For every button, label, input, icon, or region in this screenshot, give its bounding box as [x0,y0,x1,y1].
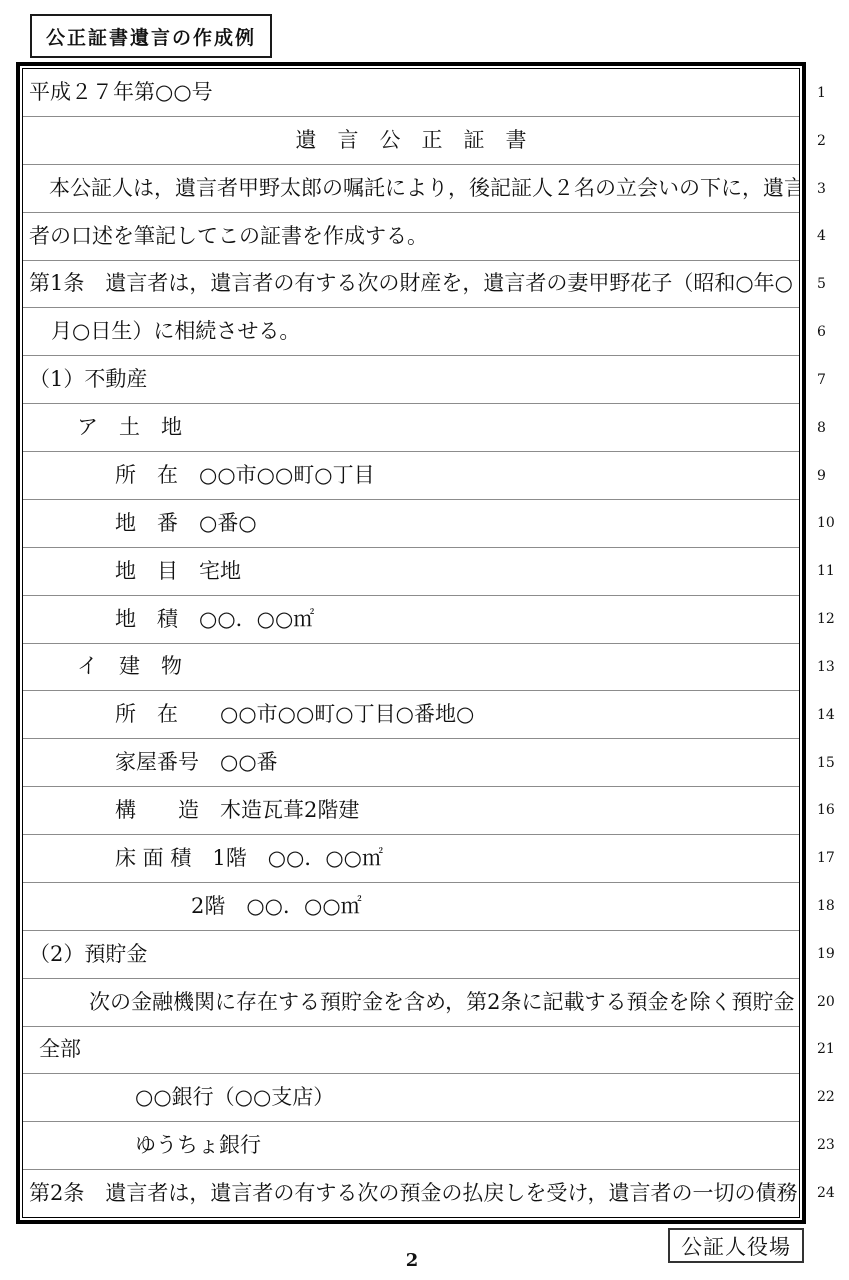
document-line: ○○銀行（○○支店） [23,1074,799,1122]
document-line: 本公証人は，遺言者甲野太郎の嘱託により，後記証人２名の立会いの下に，遺言 [23,165,799,213]
document-line-text: 家屋番号 ○○番 [115,752,278,773]
document-line-text: 本公証人は，遺言者甲野太郎の嘱託により，後記証人２名の立会いの下に，遺言 [49,178,799,199]
document-line-text: 2階 ○○．○○㎡ [191,896,362,917]
line-number: 6 [817,308,847,356]
will-document-frame: 平成２７年第○○号遺 言 公 正 証 書本公証人は，遺言者甲野太郎の嘱託により，… [16,62,806,1224]
document-line: 所 在 ○○市○○町○丁目○番地○ [23,691,799,739]
document-line-text: イ 建 物 [77,656,182,677]
document-line: 者の口述を筆記してこの証書を作成する。 [23,213,799,261]
document-line-text: 第1条 遺言者は，遺言者の有する次の財産を，遺言者の妻甲野花子（昭和○年○ [29,273,793,294]
document-line-text: 地 目 宅地 [115,561,241,582]
line-number: 10 [817,499,847,547]
line-number: 9 [817,452,847,500]
document-line: 地 番 ○番○ [23,500,799,548]
document-line: 第1条 遺言者は，遺言者の有する次の財産を，遺言者の妻甲野花子（昭和○年○ [23,261,799,309]
document-line-text: 地 積 ○○．○○㎡ [115,609,314,630]
line-number: 22 [817,1073,847,1121]
document-line: イ 建 物 [23,644,799,692]
line-number: 1 [817,69,847,117]
document-line: 月○日生）に相続させる。 [23,308,799,356]
line-number: 20 [817,978,847,1026]
document-line: （1）不動産 [23,356,799,404]
line-number: 14 [817,691,847,739]
document-line-text: （1）不動産 [29,369,147,390]
page-number: 2 [0,1250,824,1271]
document-line-text: 所 在 ○○市○○町○丁目 [115,465,375,486]
line-number: 19 [817,930,847,978]
document-line-text: 全部 [39,1039,81,1060]
line-number: 8 [817,404,847,452]
document-line: 第2条 遺言者は，遺言者の有する次の預金の払戻しを受け，遺言者の一切の債務 [23,1170,799,1217]
document-line-text: 第2条 遺言者は，遺言者の有する次の預金の払戻しを受け，遺言者の一切の債務 [29,1183,798,1204]
document-line: 平成２７年第○○号 [23,69,799,117]
line-number: 23 [817,1121,847,1169]
document-line: 地 目 宅地 [23,548,799,596]
document-line: 遺 言 公 正 証 書 [23,117,799,165]
document-line-text: 者の口述を筆記してこの証書を作成する。 [29,226,428,247]
document-line-text: 構 造 木造瓦葺2階建 [115,800,359,821]
line-number: 3 [817,165,847,213]
line-number: 5 [817,260,847,308]
document-line-text: （2）預貯金 [29,944,147,965]
line-number: 21 [817,1026,847,1074]
line-number: 12 [817,595,847,643]
line-number: 13 [817,643,847,691]
will-document-body: 平成２７年第○○号遺 言 公 正 証 書本公証人は，遺言者甲野太郎の嘱託により，… [22,68,800,1218]
document-line: ア 土 地 [23,404,799,452]
document-line-text: ○○銀行（○○支店） [135,1087,334,1108]
document-line: 地 積 ○○．○○㎡ [23,596,799,644]
line-number: 2 [817,117,847,165]
document-line: 次の金融機関に存在する預貯金を含め，第2条に記載する預金を除く預貯金 [23,979,799,1027]
line-number: 18 [817,882,847,930]
document-line-text: 月○日生）に相続させる。 [51,321,300,342]
document-line-text: 床 面 積 1階 ○○．○○㎡ [115,848,383,869]
line-number: 15 [817,739,847,787]
document-line: 家屋番号 ○○番 [23,739,799,787]
document-line-text: 次の金融機関に存在する預貯金を含め，第2条に記載する預金を除く預貯金 [89,992,795,1013]
line-number: 7 [817,356,847,404]
document-line: （2）預貯金 [23,931,799,979]
document-line: 2階 ○○．○○㎡ [23,883,799,931]
line-number: 24 [817,1169,847,1217]
document-caption-badge: 公正証書遺言の作成例 [30,14,272,58]
line-number: 4 [817,212,847,260]
document-line-text: 平成２７年第○○号 [29,82,213,103]
document-line: 構 造 木造瓦葺2階建 [23,787,799,835]
document-line-text: ア 土 地 [77,417,182,438]
document-line: 全部 [23,1027,799,1075]
document-line-text: 遺 言 公 正 証 書 [296,130,527,151]
document-line: 床 面 積 1階 ○○．○○㎡ [23,835,799,883]
document-line: 所 在 ○○市○○町○丁目 [23,452,799,500]
line-number: 16 [817,786,847,834]
line-number-gutter: 123456789101112131415161718192021222324 [817,69,847,1217]
line-number: 11 [817,547,847,595]
line-number: 17 [817,834,847,882]
document-line-text: 所 在 ○○市○○町○丁目○番地○ [115,704,474,725]
document-line: ゆうちょ銀行 [23,1122,799,1170]
document-line-text: 地 番 ○番○ [115,513,257,534]
document-line-text: ゆうちょ銀行 [135,1135,261,1156]
